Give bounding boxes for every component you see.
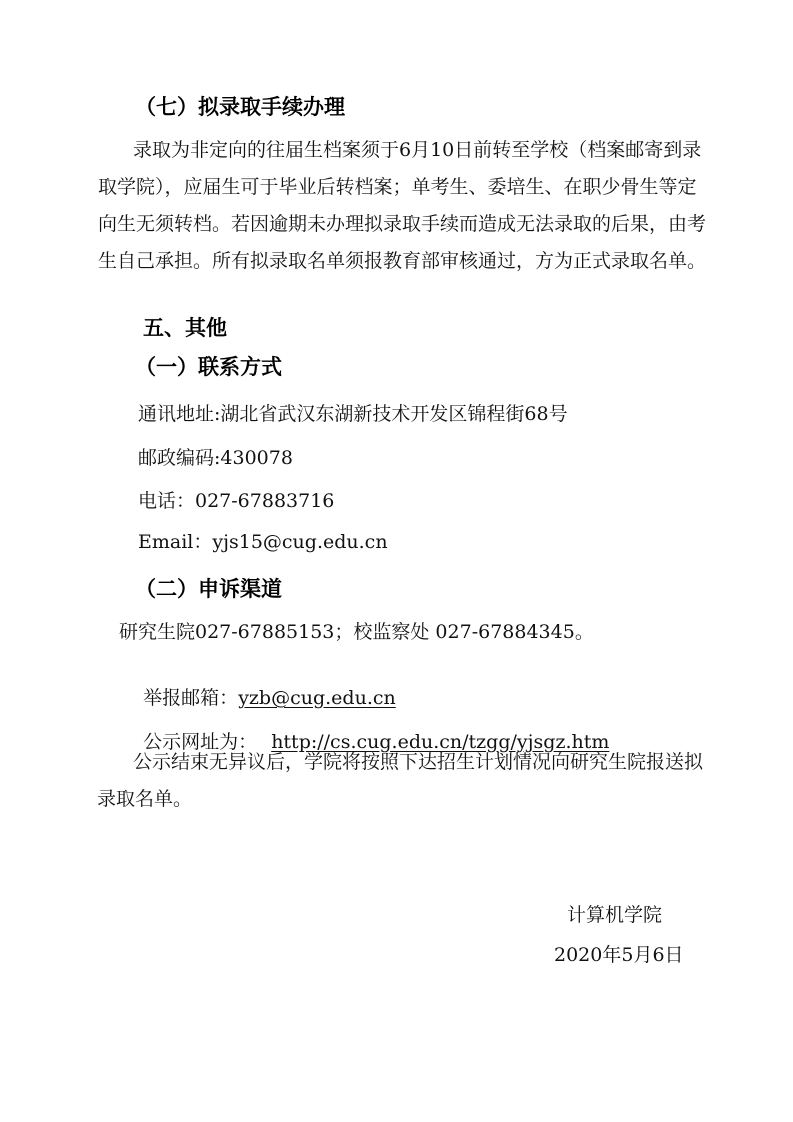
section-5-1-heading: （一）联系方式 bbox=[135, 355, 282, 379]
report-email-label: 举报邮箱： bbox=[143, 687, 238, 709]
paragraph-2-line-2: 录取名单。 bbox=[97, 788, 192, 811]
document-page: （七）拟录取手续办理 录取为非定向的往届生档案须于6月10日前转至学校（档案邮寄… bbox=[0, 0, 793, 1122]
paragraph-1-line-2: 取学院），应届生可于毕业后转档案；单考生、委培生、在职少骨生等定 bbox=[98, 176, 697, 199]
public-notice-url-label: 公示网址为： bbox=[143, 731, 257, 753]
report-email-link[interactable]: yzb@cug.edu.cn bbox=[238, 687, 396, 709]
public-notice-url-link[interactable]: http://cs.cug.edu.cn/tzgg/yjsgz.htm bbox=[271, 731, 609, 753]
section-5-2-heading: （二）申诉渠道 bbox=[135, 577, 282, 601]
signature-organization: 计算机学院 bbox=[567, 904, 662, 927]
paragraph-1-line-1: 录取为非定向的往届生档案须于6月10日前转至学校（档案邮寄到录 bbox=[133, 139, 701, 162]
contact-email: Email：yjs15@cug.edu.cn bbox=[138, 531, 388, 554]
contact-address: 通讯地址:湖北省武汉东湖新技术开发区锦程街68号 bbox=[138, 403, 568, 426]
signature-date: 2020年5月6日 bbox=[554, 944, 684, 967]
contact-zip-code: 邮政编码:430078 bbox=[138, 447, 293, 470]
paragraph-1-line-4: 生自己承担。所有拟录取名单须报教育部审核通过，方为正式录取名单。 bbox=[98, 250, 706, 273]
contact-phone: 电话：027-67883716 bbox=[138, 490, 334, 513]
section-5-heading: 五、其他 bbox=[143, 316, 227, 340]
appeal-phone-numbers: 研究生院027-67885153；校监察处 027-67884345。 bbox=[119, 621, 594, 644]
section-7-heading: （七）拟录取手续办理 bbox=[135, 95, 345, 119]
paragraph-1-line-3: 向生无须转档。若因逾期未办理拟录取手续而造成无法录取的后果，由考 bbox=[98, 213, 706, 236]
paragraph-2-line-1: 公示结束无异议后，学院将按照下达招生计划情况向研究生院报送拟 bbox=[133, 751, 703, 774]
